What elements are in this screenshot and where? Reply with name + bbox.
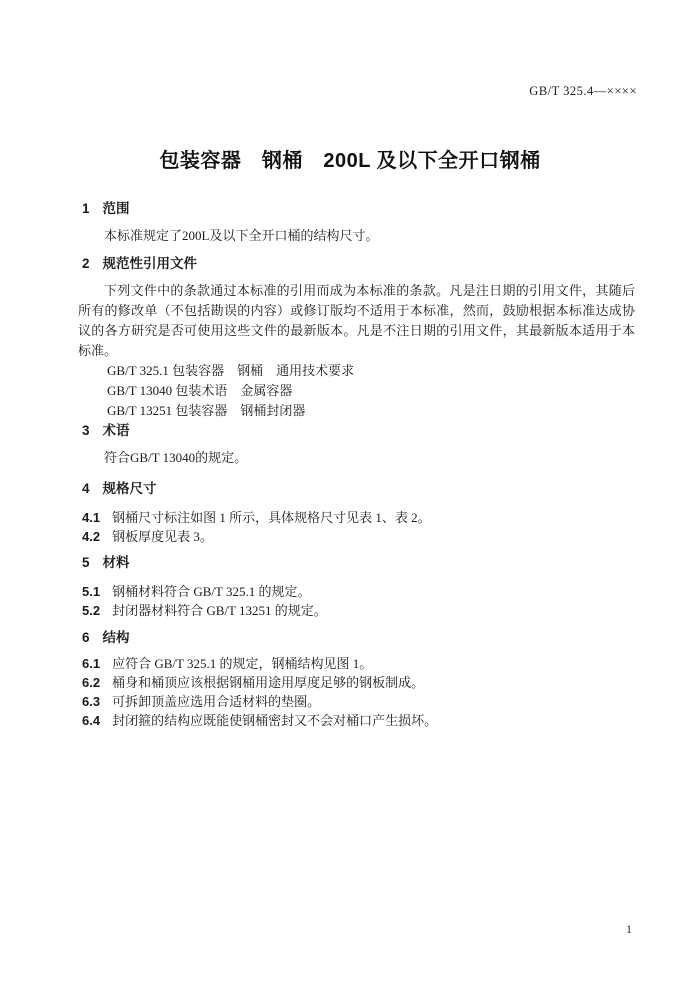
section-6-heading: 6结构 — [78, 628, 635, 648]
standard-number: GB/T 325.4—×××× — [529, 84, 637, 99]
clause-6-2-number: 6.2 — [82, 675, 100, 690]
reference-item: GB/T 13040 包装术语 金属容器 — [107, 381, 635, 401]
section-6-clauses: 6.1应符合 GB/T 325.1 的规定，钢桶结构见图 1。 6.2桶身和桶顶… — [78, 654, 635, 730]
section-5-clauses: 5.1钢桶材料符合 GB/T 325.1 的规定。 5.2封闭器材料符合 GB/… — [78, 582, 635, 620]
section-5-title: 材料 — [103, 555, 130, 570]
section-1-heading: 1范围 — [78, 199, 635, 219]
clause-6-1-text: 应符合 GB/T 325.1 的规定，钢桶结构见图 1。 — [112, 656, 372, 671]
clause-6-3-number: 6.3 — [82, 694, 100, 709]
clause-6-1: 6.1应符合 GB/T 325.1 的规定，钢桶结构见图 1。 — [78, 654, 635, 673]
section-2-heading: 2规范性引用文件 — [78, 254, 635, 274]
section-1-title: 范围 — [103, 201, 130, 216]
clause-5-2-number: 5.2 — [82, 603, 100, 618]
section-2-number: 2 — [82, 254, 90, 274]
section-4-title: 规格尺寸 — [103, 481, 157, 496]
page-number: 1 — [626, 922, 632, 937]
section-2-paragraph: 下列文件中的条款通过本标准的引用而成为本标准的条款。凡是注日期的引用文件，其随后… — [78, 281, 635, 361]
section-6-title: 结构 — [103, 630, 130, 645]
section-3-number: 3 — [82, 421, 90, 441]
clause-6-3: 6.3可拆卸顶盖应选用合适材料的垫圈。 — [78, 692, 635, 711]
section-3-title: 术语 — [103, 423, 130, 438]
section-4-heading: 4规格尺寸 — [78, 479, 635, 499]
clause-6-4-number: 6.4 — [82, 713, 100, 728]
reference-item: GB/T 325.1 包装容器 钢桶 通用技术要求 — [107, 361, 635, 381]
section-3-paragraph: 符合GB/T 13040的规定。 — [78, 448, 635, 468]
section-6-number: 6 — [82, 628, 90, 648]
clause-6-3-text: 可拆卸顶盖应选用合适材料的垫圈。 — [112, 694, 320, 709]
clause-6-2-text: 桶身和桶顶应该根据钢桶用途用厚度足够的钢板制成。 — [112, 675, 424, 690]
reference-item: GB/T 13251 包装容器 钢桶封闭器 — [107, 401, 635, 421]
document-body: 1范围 本标准规定了200L及以下全开口桶的结构尺寸。 2规范性引用文件 下列文… — [78, 196, 635, 730]
document-page: GB/T 325.4—×××× 包装容器 钢桶 200L 及以下全开口钢桶 1范… — [0, 0, 700, 990]
clause-6-2: 6.2桶身和桶顶应该根据钢桶用途用厚度足够的钢板制成。 — [78, 673, 635, 692]
clause-5-2: 5.2封闭器材料符合 GB/T 13251 的规定。 — [78, 601, 635, 620]
section-4-clauses: 4.1钢桶尺寸标注如图 1 所示，具体规格尺寸见表 1、表 2。 4.2钢板厚度… — [78, 508, 635, 546]
document-title: 包装容器 钢桶 200L 及以下全开口钢桶 — [0, 144, 700, 173]
clause-6-1-number: 6.1 — [82, 656, 100, 671]
section-5-number: 5 — [82, 553, 90, 573]
clause-4-1-number: 4.1 — [82, 510, 100, 525]
clause-5-2-text: 封闭器材料符合 GB/T 13251 的规定。 — [112, 603, 327, 618]
section-2-title: 规范性引用文件 — [103, 256, 198, 271]
clause-4-1: 4.1钢桶尺寸标注如图 1 所示，具体规格尺寸见表 1、表 2。 — [78, 508, 635, 527]
clause-4-2-text: 钢板厚度见表 3。 — [112, 529, 213, 544]
section-1-paragraph: 本标准规定了200L及以下全开口桶的结构尺寸。 — [78, 226, 635, 246]
clause-4-1-text: 钢桶尺寸标注如图 1 所示，具体规格尺寸见表 1、表 2。 — [112, 510, 431, 525]
section-5-heading: 5材料 — [78, 553, 635, 573]
clause-5-1-text: 钢桶材料符合 GB/T 325.1 的规定。 — [112, 584, 310, 599]
clause-5-1: 5.1钢桶材料符合 GB/T 325.1 的规定。 — [78, 582, 635, 601]
clause-4-2: 4.2钢板厚度见表 3。 — [78, 527, 635, 546]
clause-6-4-text: 封闭箍的结构应既能使钢桶密封又不会对桶口产生损坏。 — [112, 713, 437, 728]
section-3-heading: 3术语 — [78, 421, 635, 441]
clause-6-4: 6.4封闭箍的结构应既能使钢桶密封又不会对桶口产生损坏。 — [78, 711, 635, 730]
clause-4-2-number: 4.2 — [82, 529, 100, 544]
section-1-number: 1 — [82, 199, 90, 219]
normative-references-list: GB/T 325.1 包装容器 钢桶 通用技术要求 GB/T 13040 包装术… — [78, 361, 635, 421]
clause-5-1-number: 5.1 — [82, 584, 100, 599]
section-4-number: 4 — [82, 479, 90, 499]
